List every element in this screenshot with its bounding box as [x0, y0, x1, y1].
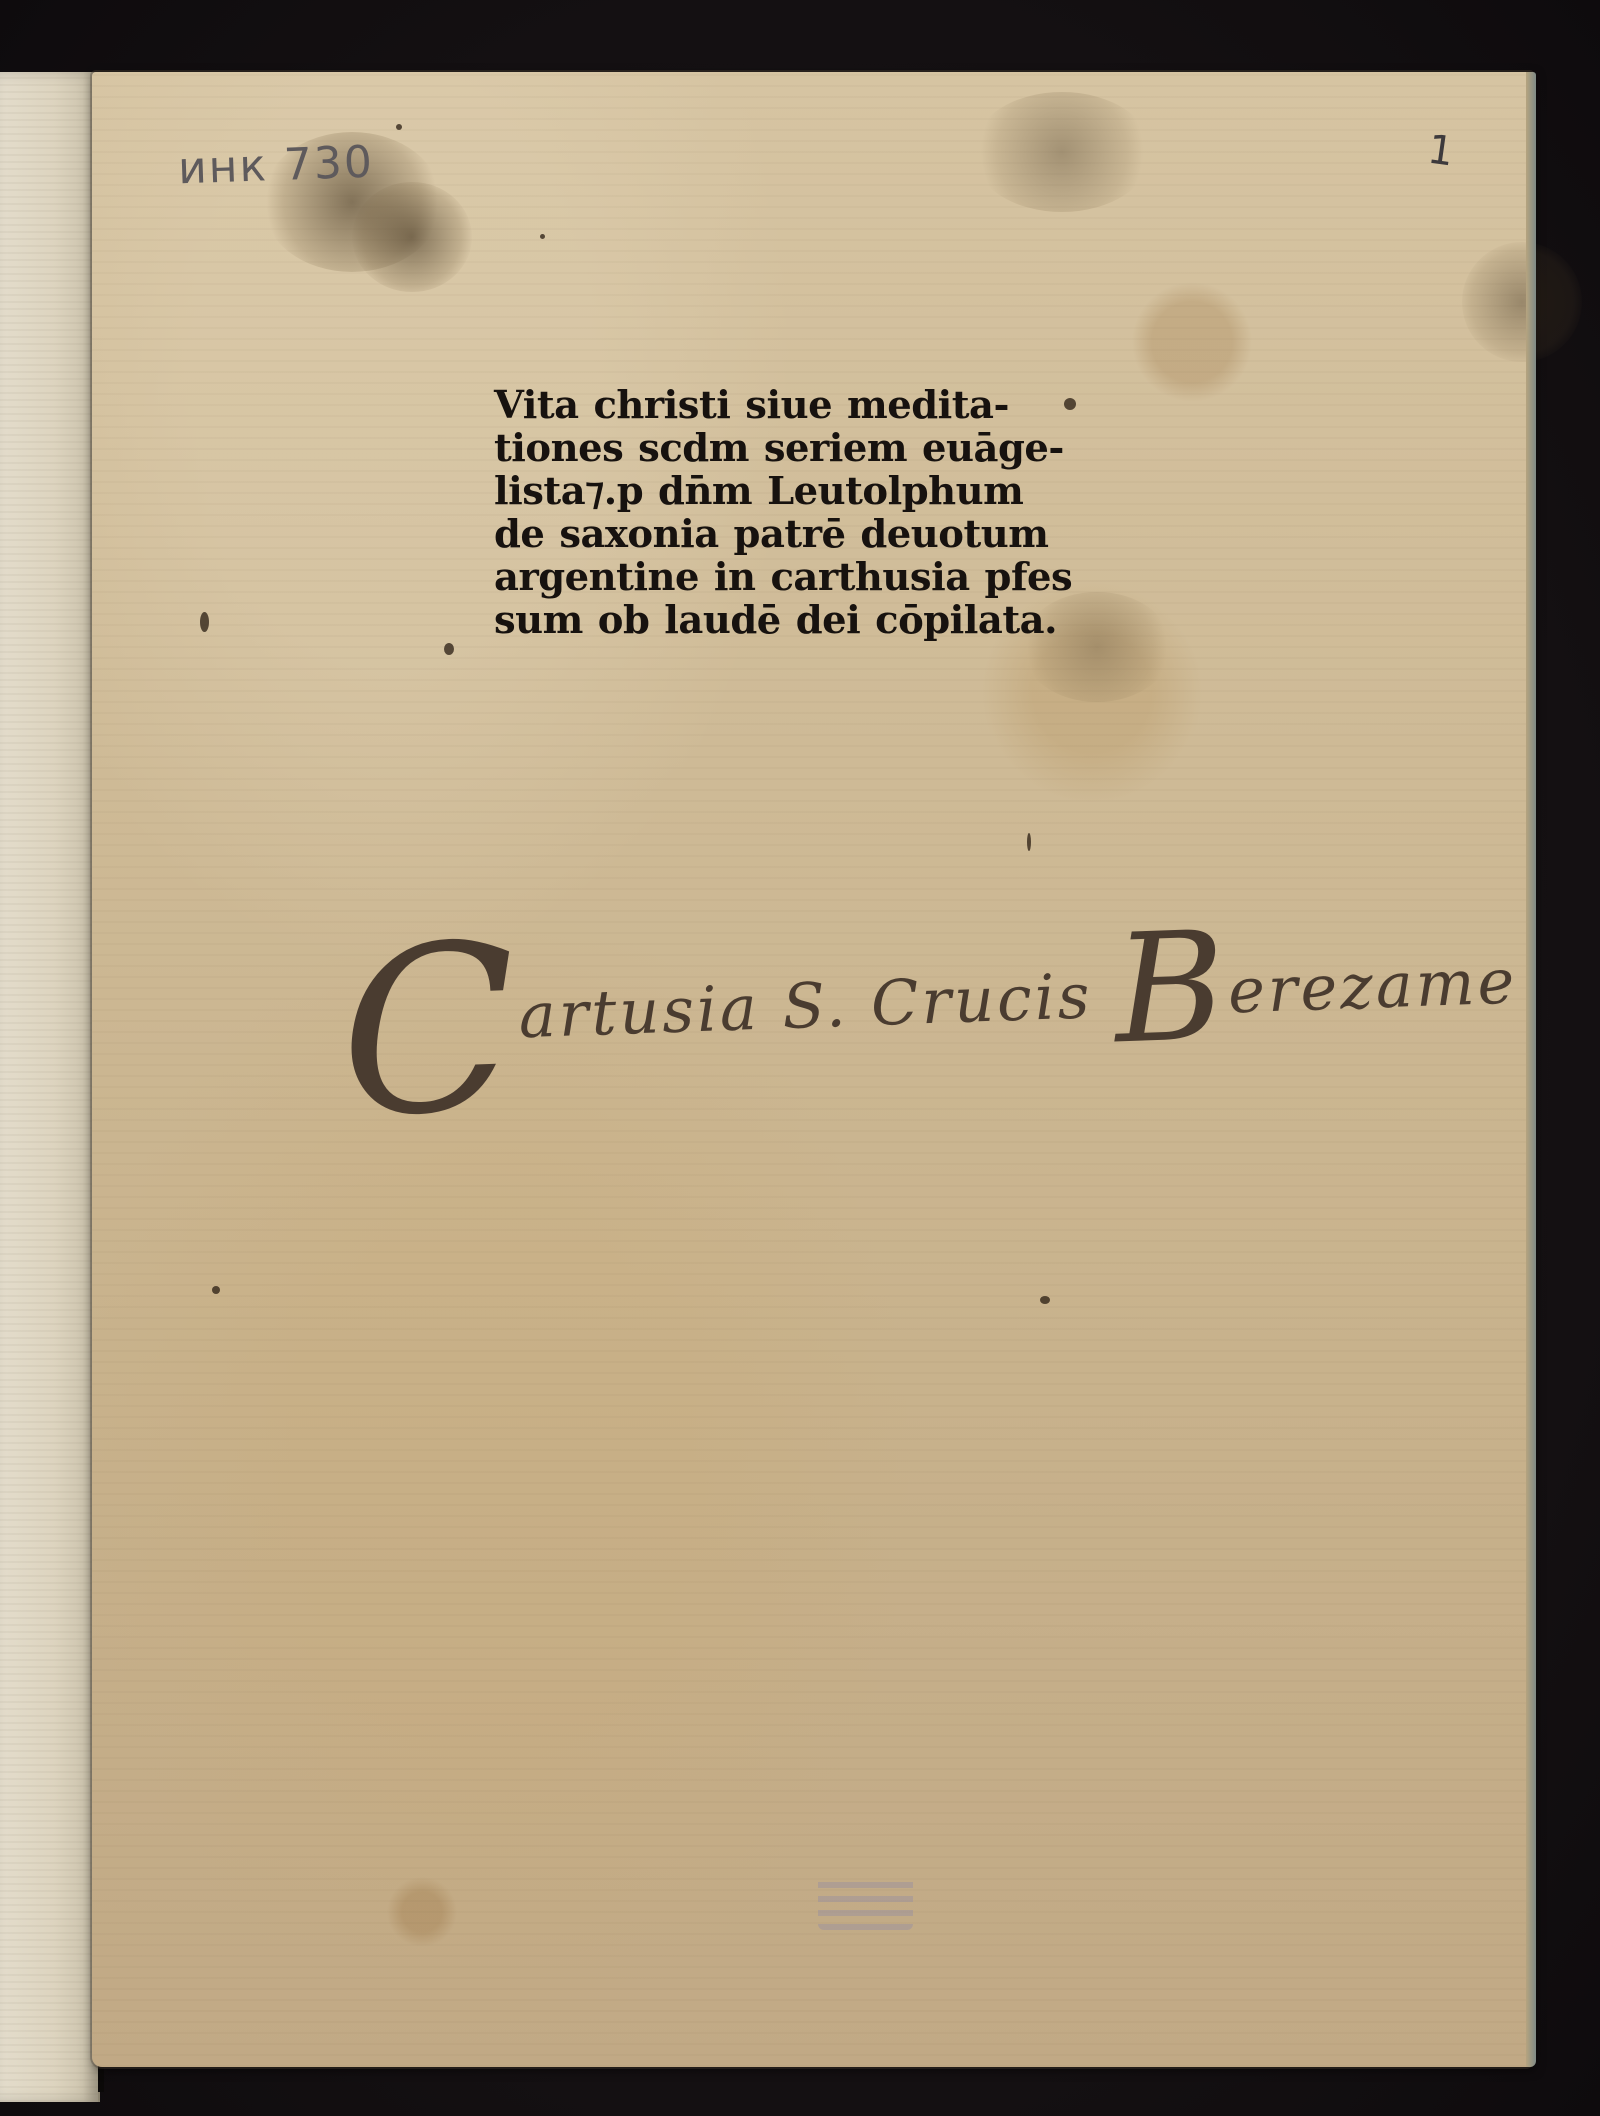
title-line: tiones scdm seriem euāge-: [494, 427, 994, 470]
ink-spot: [396, 124, 402, 130]
inscription-initial-c: C: [336, 895, 524, 1168]
mold-stain: [1462, 242, 1582, 362]
inscription-initial-b: B: [1112, 900, 1231, 1078]
title-line: Vita christi siue medita-: [494, 384, 994, 427]
ownership-inscription: Cartusia S. Crucis Berezame: [336, 880, 1521, 1151]
mold-stain: [352, 182, 472, 292]
ink-spot: [1040, 1296, 1050, 1304]
ink-spot: [1027, 833, 1031, 851]
mold-stain: [972, 92, 1152, 212]
title-line: lista⁊.p dn̄m Leutolphum: [494, 470, 994, 513]
ink-spot: [200, 612, 209, 632]
printed-title-block: Vita christi siue medita- tiones scdm se…: [494, 384, 994, 642]
library-stamp: [818, 1875, 913, 1930]
title-line: argentine in carthusia pfes: [494, 556, 994, 599]
ink-spot: [212, 1286, 220, 1294]
title-line: de saxonia patrē deuotum: [494, 513, 994, 556]
adjacent-leaf: [0, 72, 100, 2102]
ink-spot: [540, 234, 545, 239]
inscription-text: artusia S. Crucis: [517, 959, 1116, 1053]
title-line: sum ob laudē dei cōpilata.: [494, 599, 994, 642]
inscription-text: erezame: [1227, 944, 1519, 1027]
pencil-shelfmark: инк 730: [177, 137, 375, 195]
ink-spot: [1064, 398, 1076, 410]
ink-spot: [444, 643, 454, 655]
